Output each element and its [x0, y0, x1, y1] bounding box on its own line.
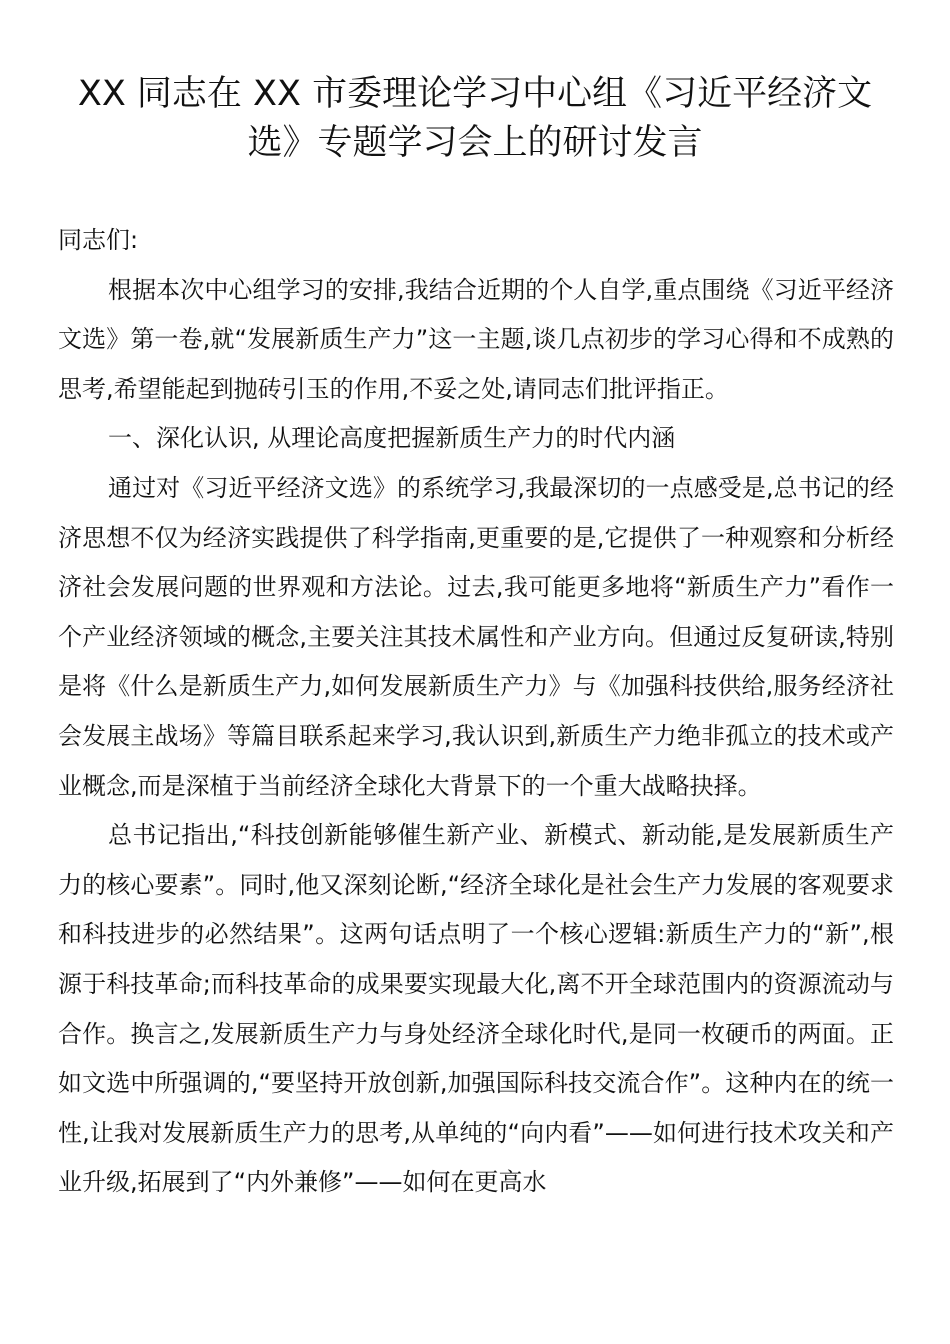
paragraph-intro: 根据本次中心组学习的安排,我结合近期的个人自学,重点围绕《习近平经济文选》第一卷… — [58, 266, 894, 415]
document-body: 同志们: 根据本次中心组学习的安排,我结合近期的个人自学,重点围绕《习近平经济文… — [58, 216, 894, 1208]
salutation: 同志们: — [58, 216, 894, 266]
paragraph-body-2: 总书记指出,“科技创新能够催生新产业、新模式、新动能,是发展新质生产力的核心要素… — [58, 811, 894, 1208]
paragraph-body-1: 通过对《习近平经济文选》的系统学习,我最深切的一点感受是,总书记的经济思想不仅为… — [58, 464, 894, 811]
document-page: XX 同志在 XX 市委理论学习中心组《习近平经济文选》专题学习会上的研讨发言 … — [0, 0, 950, 1344]
section-heading-1: 一、深化认识, 从理论高度把握新质生产力的时代内涵 — [58, 414, 894, 464]
document-title: XX 同志在 XX 市委理论学习中心组《习近平经济文选》专题学习会上的研讨发言 — [60, 70, 890, 168]
